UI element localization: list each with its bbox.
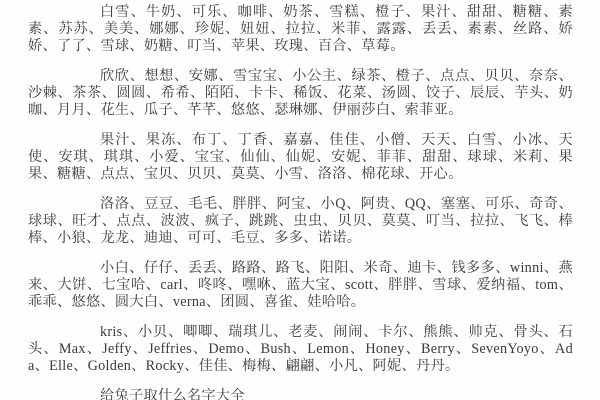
- name-list-paragraph-4: 洛洛、豆豆、毛毛、胖胖、阿宝、小Q、阿贵、QQ、塞塞、可乐、奇奇、球球、旺才、点…: [28, 196, 573, 247]
- document-caption: 给兔子取什么名字大全: [28, 388, 573, 400]
- name-list-paragraph-6: kris、小贝、唧唧、瑞琪儿、老麦、闹闹、卡尔、熊熊、帅克、骨头、石头、Max、…: [28, 324, 573, 375]
- document-page: 白雪、牛奶、可乐、咖啡、奶茶、雪糕、橙子、果汁、甜甜、糖糖、素素、苏苏、美美、娜…: [0, 0, 600, 400]
- name-list-paragraph-3: 果汁、果冻、布丁、丁香、嘉嘉、佳佳、小僧、天天、白雪、小冰、天使、安琪、琪琪、小…: [28, 132, 573, 183]
- name-list-paragraph-2: 欣欣、想想、安娜、雪宝宝、小公主、绿茶、橙子、点点、贝贝、奈奈、沙棘、茶茶、圆圆…: [28, 68, 573, 119]
- name-list-paragraph-5: 小白、仔仔、丢丢、路路、路飞、阳阳、米奇、迪卡、钱多多、winni、燕来、大饼、…: [28, 260, 573, 311]
- name-list-paragraph-1: 白雪、牛奶、可乐、咖啡、奶茶、雪糕、橙子、果汁、甜甜、糖糖、素素、苏苏、美美、娜…: [28, 4, 573, 55]
